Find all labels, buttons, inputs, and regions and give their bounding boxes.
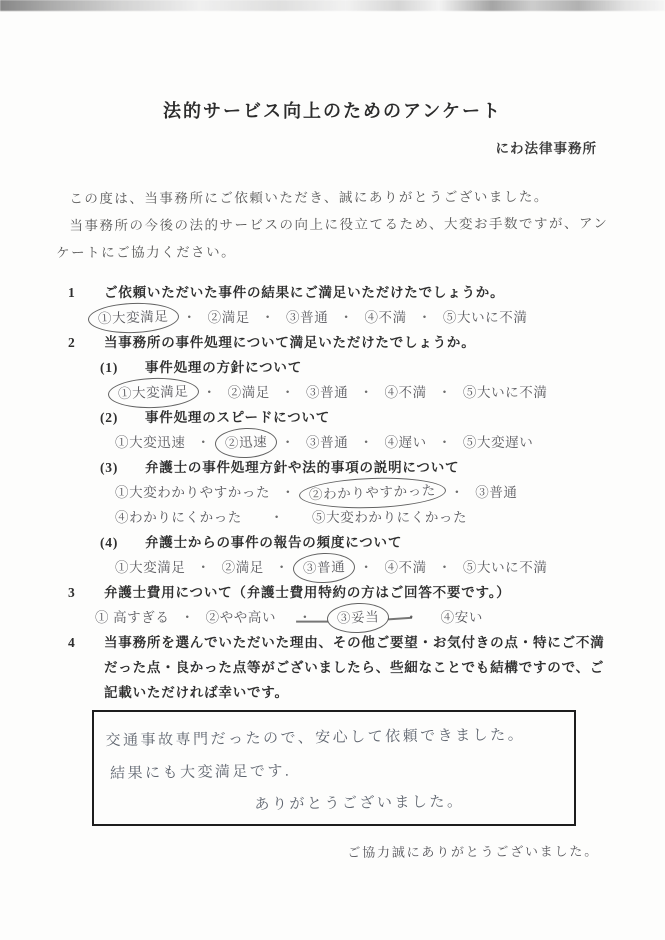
question-4-text: 当事務所を選んでいただいた理由、その他ご要望・お気付きの点・特にご不満だった点・… [104,630,610,705]
q2-4-option-4: ④不満 [384,555,426,580]
q3-option-4: ④安い [441,605,483,630]
q2-1-option-3: ③普通 [306,380,348,405]
question-1: 1ご依頼いただいた事件の結果にご満足いただけたでしょうか。 [68,280,613,305]
question-2-2: (2)事件処理のスピードについて [68,405,613,430]
separator-dot: ・ [203,385,217,400]
separator-dot: ・ [281,485,295,500]
comment-line-1: 交通事故専門だったので、安心して依頼できました。 [105,719,561,758]
q1-option-5: ⑤大いに不満 [443,305,528,330]
q2-1-option-4: ④不満 [384,380,426,405]
question-2-4-text: 弁護士からの事件の報告の頻度について [145,535,402,550]
q3-option-1: ① 高すぎる [95,605,169,630]
separator-dot: ・ [438,560,452,575]
q2-4-option-5: ⑤大いに不満 [463,555,548,580]
separator-dot: ・ [180,610,194,625]
separator-dot: ・ [281,435,295,450]
office-name: にわ法律事務所 [496,137,598,157]
separator-dot: ・ [438,385,452,400]
separator-dot: ・ [197,560,211,575]
survey-title: 法的サービス向上のためのアンケート [0,97,665,123]
question-3: 3弁護士費用について（弁護士費用特約の方はご回答不要です。） [68,580,613,605]
q2-2-option-5: ⑤大変遅い [463,430,534,455]
question-2-3-options-row2: ④わかりにくかった・⑤大変わかりにくかった [68,505,613,530]
question-2-1-text: 事件処理の方針について [145,360,302,375]
separator-dot: ・ [438,435,452,450]
question-2-1: (1)事件処理の方針について [68,355,613,380]
separator-dot: ・ [197,435,211,450]
q2-3-option-4: ④わかりにくかった [115,505,242,530]
q1-option-3: ③普通 [286,305,328,330]
q2-4-option-2: ②満足 [222,555,264,580]
question-3-number: 3 [68,580,104,605]
question-2-2-number: (2) [100,405,145,430]
questions-section: 1ご依頼いただいた事件の結果にご満足いただけたでしょうか。 ①大変満足・②満足・… [68,280,613,865]
scanned-survey-page: 法的サービス向上のためのアンケート にわ法律事務所 この度は、当事務所にご依頼い… [0,0,665,940]
question-2-1-number: (1) [100,355,145,380]
q2-3-option-5: ⑤大変わかりにくかった [312,505,467,530]
handwritten-comment: 交通事故専門だったので、安心して依頼できました。 結果にも大変満足です. ありが… [105,719,562,824]
intro-text: この度は、当事務所にご依頼いただき、誠にありがとうございました。 当事務所の今後… [56,183,612,266]
question-1-text: ご依頼いただいた事件の結果にご満足いただけたでしょうか。 [104,285,504,300]
question-2-2-options: ①大変迅速・②迅速・③普通・④遅い・⑤大変遅い [68,430,613,455]
q2-4-option-1: ①大変満足 [115,555,186,580]
comment-box: 交通事故専門だったので、安心して依頼できました。 結果にも大変満足です. ありが… [92,710,576,826]
q2-2-option-4: ④遅い [384,430,426,455]
separator-dot: ・ [359,435,373,450]
question-3-options: ① 高すぎる・②やや高い・③妥当・④安い [68,605,613,630]
separator-dot: ・ [281,385,295,400]
question-2-3-text: 弁護士の事件処理方針や法的事項の説明について [145,460,459,475]
q2-1-option-5: ⑤大いに不満 [463,380,548,405]
question-2-3-options-row1: ①大変わかりやすかった・②わかりやすかった・③普通 [68,480,613,505]
separator-dot: ・ [275,560,289,575]
scan-artifact-top-edge [0,0,665,11]
question-1-options: ①大変満足・②満足・③普通・④不満・⑤大いに不満 [68,305,613,330]
separator-dot: ・ [359,560,373,575]
separator-dot: ・ [359,385,373,400]
question-4-number: 4 [68,630,104,705]
separator-dot: ・ [261,310,275,325]
separator-dot: ・ [270,510,284,525]
q1-option-4: ④不満 [364,305,406,330]
question-2-1-options: ①大変満足・②満足・③普通・④不満・⑤大いに不満 [68,380,613,405]
question-2-2-text: 事件処理のスピードについて [145,410,330,425]
separator-dot: ・ [450,485,464,500]
question-2-4-options: ①大変満足・②満足・③普通・④不満・⑤大いに不満 [68,555,613,580]
question-2-number: 2 [68,330,104,355]
q3-option-2: ②やや高い [206,605,277,630]
comment-line-3: ありがとうございました。 [106,785,562,824]
separator-dot: ・ [298,610,312,625]
separator-dot: ・ [183,310,197,325]
intro-paragraph-2: 当事務所の今後の法的サービスの向上に役立てるため、大変お手数ですが、アンケートに… [56,210,612,266]
intro-paragraph-1: この度は、当事務所にご依頼いただき、誠にありがとうございました。 [56,183,612,212]
question-1-number: 1 [68,280,104,305]
closing-thanks: ご協力誠にありがとうございました。 [68,839,599,867]
q1-option-2: ②満足 [208,305,250,330]
question-2-text: 当事務所の事件処理について満足いただけたでしょうか。 [104,335,476,350]
q2-2-option-3: ③普通 [306,430,348,455]
separator-dot: ・ [418,310,432,325]
separator-dot: ・ [339,310,353,325]
question-2: 2当事務所の事件処理について満足いただけたでしょうか。 [68,330,613,355]
question-2-3: (3)弁護士の事件処理方針や法的事項の説明について [68,455,613,480]
question-2-3-number: (3) [100,455,145,480]
q2-1-option-2: ②満足 [228,380,270,405]
question-4: 4 当事務所を選んでいただいた理由、その他ご要望・お気付きの点・特にご不満だった… [68,630,613,705]
q2-2-option-1: ①大変迅速 [115,430,186,455]
question-2-4-number: (4) [100,530,145,555]
q2-3-option-3: ③普通 [475,480,517,505]
q2-3-option-1: ①大変わかりやすかった [115,480,270,505]
question-2-4: (4)弁護士からの事件の報告の頻度について [68,530,613,555]
question-3-text: 弁護士費用について（弁護士費用特約の方はご回答不要です。） [104,585,511,600]
